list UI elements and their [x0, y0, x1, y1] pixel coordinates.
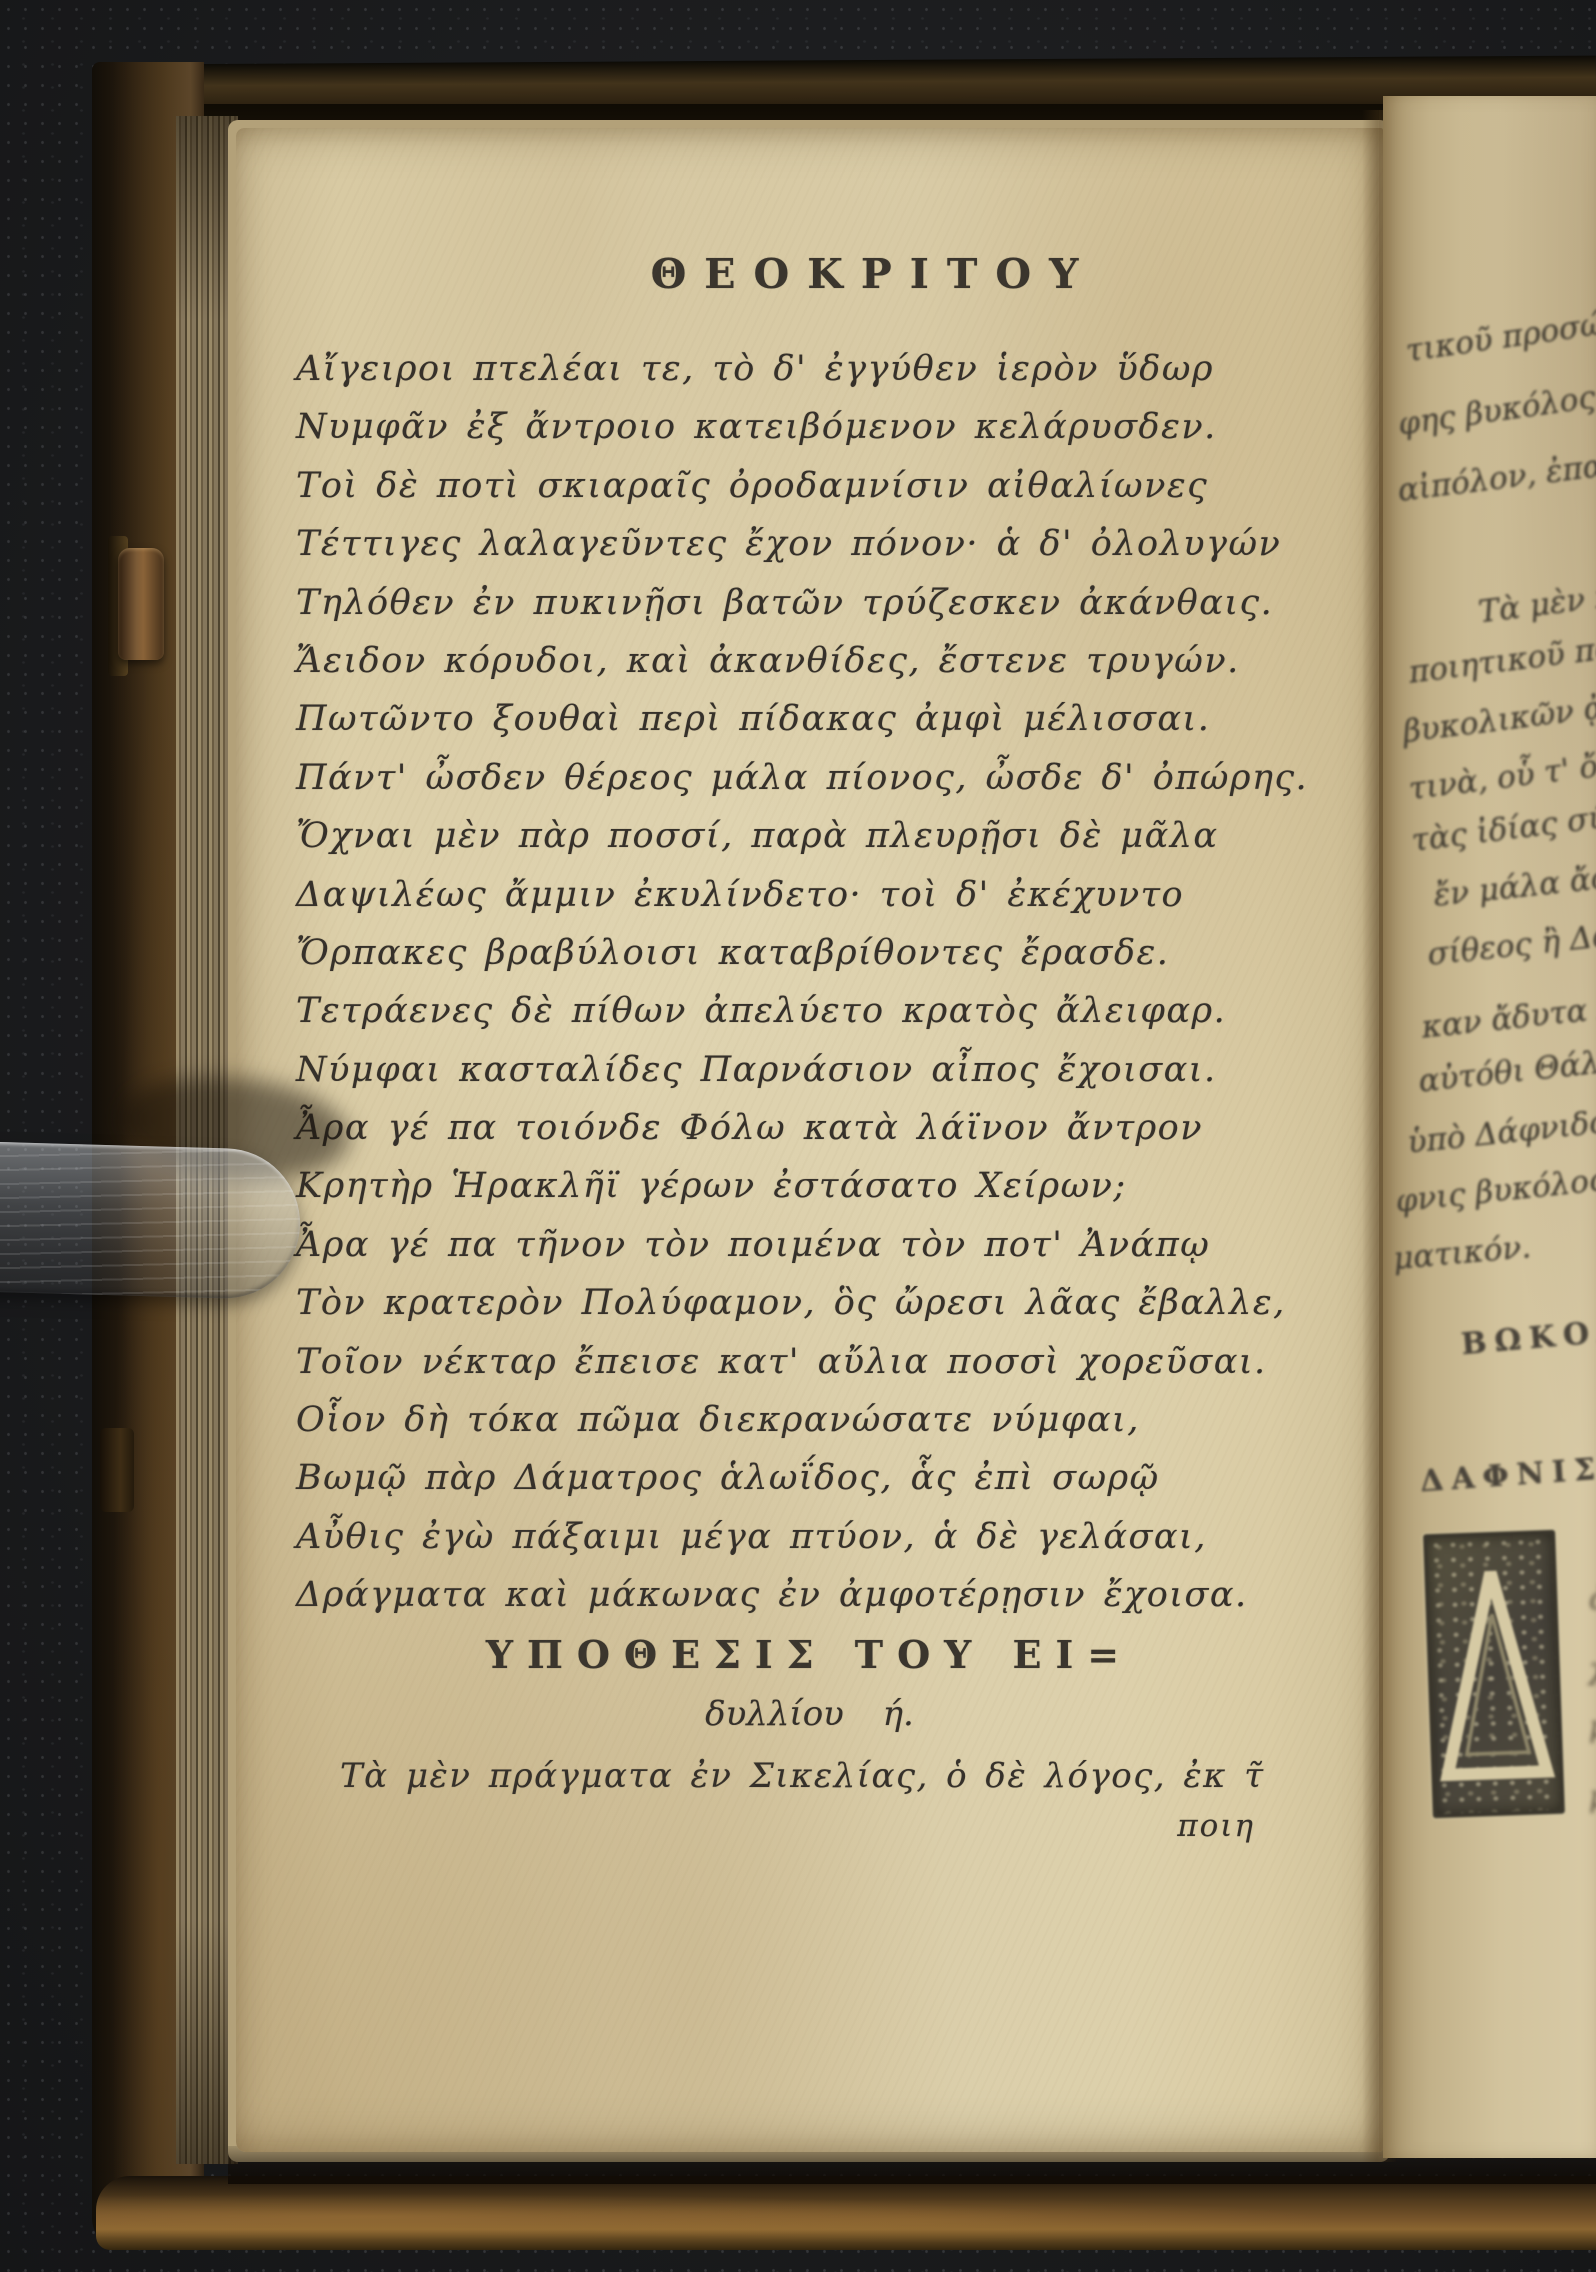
verse-line: Δαψιλέως ἄμμιν ἐκυλίνδετο· τοὶ δ' ἐκέχυν… — [296, 866, 1296, 924]
recto-text-fragment: καν ἄδυτα Παν — [1420, 984, 1596, 1045]
verse-line: Ἆρα γέ πα τῆνον τὸν ποιμένα τὸν ποτ' Ἀνά… — [296, 1216, 1296, 1274]
woodcut-initial-delta — [1423, 1530, 1565, 1818]
page-header-theokritou: ΘΕΟΚΡΙΤΟΥ — [300, 250, 1447, 298]
left-page: ΘΕΟΚΡΙΤΟΥ Αἴγειροι πτελέαι τε, τὸ δ' ἐγγ… — [236, 128, 1383, 2152]
verse-line: Αἴγειροι πτελέαι τε, τὸ δ' ἐγγύθεν ἱερὸν… — [296, 340, 1296, 398]
verse-line: Τετράενες δὲ πίθων ἀπελύετο κρατὸς ἄλειφ… — [296, 982, 1296, 1040]
recto-text-fragment: φης βυκόλος ἢ Μ — [1396, 369, 1596, 442]
verse-line: Τοὶ δὲ ποτὶ σκιαραῖς ὀροδαμνίσιν αἰθαλίω… — [296, 457, 1296, 515]
recto-text-fragment: ὑπὸ Δάφνιδος ρ — [1406, 1099, 1596, 1161]
verse-line: Κρητὴρ Ἡρακλῆϊ γέρων ἐστάσατο Χείρων; — [296, 1157, 1296, 1215]
recto-text-fragment: σίθεος ἢ Δάφν — [1426, 913, 1596, 973]
recto-caps-fragment: ΔΑΦΝΙΣ — [1419, 1452, 1596, 1500]
verse-line: Ὄχναι μὲν πὰρ ποσσί, παρὰ πλευρῇσι δὲ μᾶ… — [296, 807, 1296, 865]
verse-line: Πάντ' ὦσδεν θέρεος μάλα πίονος, ὦσδε δ' … — [296, 749, 1296, 807]
verse-line: Τὸν κρατερὸν Πολύφαμον, ὃς ὤρεσι λᾶας ἔβ… — [296, 1274, 1296, 1332]
recto-edge-fragment: ἀφ — [1589, 1582, 1596, 1617]
verse-line: Τηλόθεν ἐν πυκινῇσι βατῶν τρύζεσκεν ἀκάν… — [296, 574, 1296, 632]
verse-line: Ἆρα γέ πα τοιόνδε Φόλω κατὰ λάϊνον ἄντρο… — [296, 1099, 1296, 1157]
verse-line: Νυμφᾶν ἐξ ἄντροιο κατειβόμενον κελάρυσδε… — [296, 398, 1296, 456]
recto-text-fragment: Τὰ μὲν πρ — [1476, 576, 1596, 631]
recto-caps-fragment: ΒΩΚΟΛ — [1460, 1313, 1596, 1362]
clasp-catch-lower — [100, 1428, 134, 1512]
idyll-number-line: δυλλίου ή. — [236, 1694, 1383, 1734]
recto-text-fragment: βυκολικῶν ᾀσμά — [1401, 682, 1596, 750]
plastic-holding-strip — [0, 1142, 302, 1301]
book-cover-bottom-edge — [96, 2176, 1596, 2250]
recto-text-fragment: ματικόν. — [1392, 1229, 1533, 1277]
right-page-curled: τικοῦ προσώπφης βυκόλος ἢ Μαἰπόλον, ἐπαθ… — [1383, 96, 1596, 2158]
verse-line: Οἷον δὴ τόκα πῶμα διεκρανώσατε νύμφαι, — [296, 1391, 1296, 1449]
hypothesis-prose-line: Τὰ μὲν πράγματα ἐν Σικελίας, ὁ δὲ λόγος,… — [340, 1756, 1265, 1796]
clasp-hardware — [118, 548, 164, 660]
verse-line: Τοῖον νέκταρ ἔπεισε κατ' αὔλια ποσσὶ χορ… — [296, 1333, 1296, 1391]
hypothesis-heading: ΥΠΟΘΕΣΙΣ ΤΟΥ ΕΙ= — [236, 1632, 1383, 1677]
recto-text-fragment: αὐτόθι Θάλειαν. — [1417, 1036, 1596, 1099]
catchword: ποιη — [1177, 1808, 1255, 1844]
recto-text-fragment: ἔν μάλα ἄσας, — [1432, 854, 1596, 914]
recto-edge-fragment: μάλ — [1589, 1710, 1596, 1745]
recto-text-fragment: φνις βυκόλος, Μ — [1394, 1156, 1596, 1219]
recto-text-fragment: τικοῦ προσώπ — [1404, 303, 1596, 369]
recto-edge-fragment: χ — [1589, 1652, 1596, 1687]
verse-line: Νύμφαι κασταλίδες Παρνάσιον αἶπος ἔχοισα… — [296, 1041, 1296, 1099]
recto-text-fragment: αἰπόλον, ἐπαθλ — [1396, 443, 1596, 509]
verse-line: Ὄρπακες βραβύλοισι καταβρίθοντες ἔρασδε. — [296, 924, 1296, 982]
verse-line: Ἄειδον κόρυδοι, καὶ ἀκανθίδες, ἔστενε τρ… — [296, 632, 1296, 690]
verse-line: Αὖθις ἐγὼ πάξαιμι μέγα πτύον, ἁ δὲ γελάσ… — [296, 1508, 1296, 1566]
verse-line: Τέττιγες λαλαγεῦντες ἔχον πόνον· ἁ δ' ὀλ… — [296, 515, 1296, 573]
recto-edge-fragment: μ — [1589, 1780, 1596, 1815]
verse-line: Βωμῷ πὰρ Δάματρος ἁλωΐδος, ἇς ἐπὶ σωρῷ — [296, 1449, 1296, 1507]
recto-text-fragment: ποιητικοῦ ποτα — [1407, 625, 1596, 690]
recto-text-fragment: τινὰ, οὗ τ' ὄνομα — [1407, 739, 1596, 808]
delta-initial-glyph — [1427, 1534, 1561, 1814]
verse-text-block: Αἴγειροι πτελέαι τε, τὸ δ' ἐγγύθεν ἱερὸν… — [296, 340, 1296, 1625]
recto-text-fragment: τὰς ἰδίας σύε — [1410, 797, 1596, 859]
verse-line: Δράγματα καὶ μάκωνας ἐν ἀμφοτέρῃσιν ἔχοι… — [296, 1566, 1296, 1624]
verse-line: Πωτῶντο ξουθαὶ περὶ πίδακας ἀμφὶ μέλισσα… — [296, 690, 1296, 748]
